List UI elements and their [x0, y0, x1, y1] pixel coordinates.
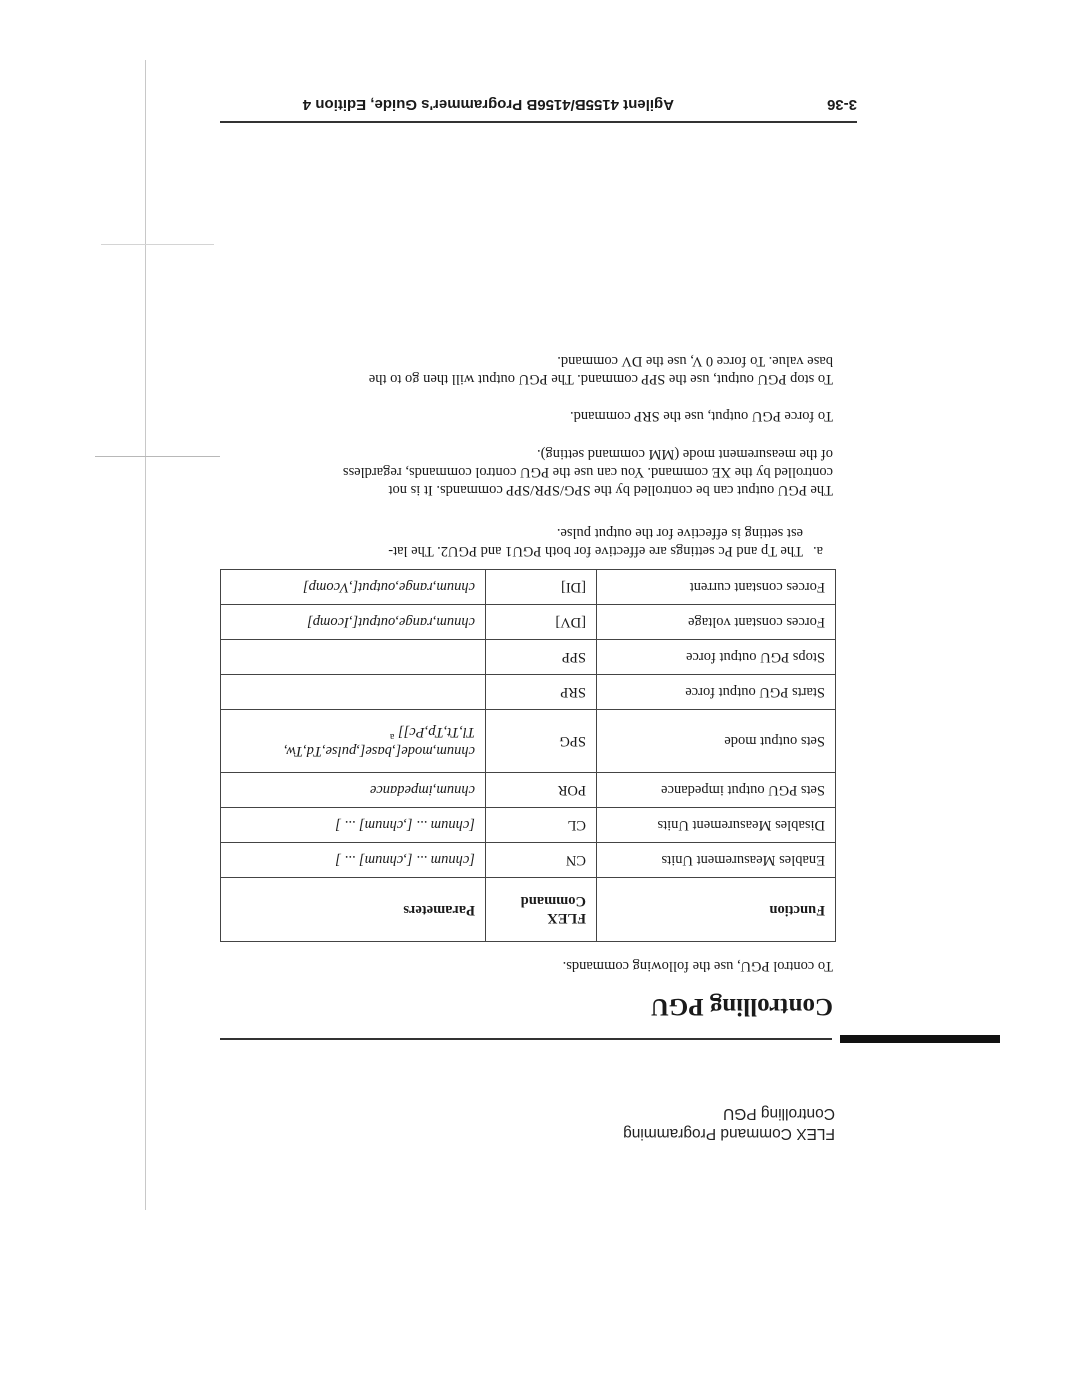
cell-function: Stops PGU output force — [597, 640, 836, 675]
table-row: Forces constant voltage [DV] chnum,range… — [221, 605, 836, 640]
scan-margin-line — [145, 60, 146, 1210]
table-header-row: Function FLEX Command Parameters — [221, 878, 836, 942]
table-row: Sets PGU output impedance POR chnum,impe… — [221, 773, 836, 808]
table-row: Starts PGU output force SRP — [221, 675, 836, 710]
cell-parameters: chnum,impedance — [221, 773, 486, 808]
paragraph-stop-output: To stop PGU output, use the SPP command.… — [213, 352, 833, 388]
running-head: FLEX Command Programming Controlling PGU — [623, 1103, 835, 1143]
cell-parameters: [chnum ... [,chnum] ... ] — [221, 843, 486, 878]
cell-command: [DI] — [486, 570, 597, 605]
section-bar — [840, 1035, 1000, 1043]
cell-parameters: chnum,range,output[,Icomp] — [221, 605, 486, 640]
scan-margin-tick — [95, 456, 220, 457]
section-intro: To control PGU, use the following comman… — [563, 957, 833, 975]
header-function: Function — [597, 878, 836, 942]
cell-parameters — [221, 675, 486, 710]
cell-function: Enables Measurement Units — [597, 843, 836, 878]
cell-command: SPP — [486, 640, 597, 675]
running-head-section: Controlling PGU — [623, 1103, 835, 1123]
cell-command: SRP — [486, 675, 597, 710]
cell-function: Forces constant voltage — [597, 605, 836, 640]
paragraph-force-output: To force PGU output, use the SRP command… — [213, 407, 833, 425]
cell-function: Forces constant current — [597, 570, 836, 605]
header-flex-command: FLEX Command — [486, 878, 597, 942]
cell-command: [DV] — [486, 605, 597, 640]
footnote-marker: a. — [803, 542, 823, 560]
scan-margin-tick — [101, 244, 214, 245]
table-row: Stops PGU output force SPP — [221, 640, 836, 675]
cell-command: CN — [486, 843, 597, 878]
cell-command: SPG — [486, 710, 597, 773]
cell-function: Sets PGU output impedance — [597, 773, 836, 808]
section-rule — [220, 1038, 832, 1040]
cell-parameters: chnum,range,output[,Vcomp] — [221, 570, 486, 605]
cell-parameters: [chnum ... [,chnum] ... ] — [221, 808, 486, 843]
running-head-chapter: FLEX Command Programming — [623, 1123, 835, 1143]
cell-command: POR — [486, 773, 597, 808]
table-row: Sets output mode SPG chnum,mode[,base[,p… — [221, 710, 836, 773]
table-row: Forces constant current [DI] chnum,range… — [221, 570, 836, 605]
table-row: Enables Measurement Units CN [chnum ... … — [221, 843, 836, 878]
command-table: Function FLEX Command Parameters Enables… — [220, 569, 836, 942]
cell-command: CL — [486, 808, 597, 843]
cell-function: Disables Measurement Units — [597, 808, 836, 843]
cell-parameters: chnum,mode[,base[,pulse,Td,Tw, Tl,Tt,Tp,… — [221, 710, 486, 773]
paragraph-pgu-control: The PGU output can be controlled by the … — [213, 445, 833, 499]
cell-parameters — [221, 640, 486, 675]
document-page: FLEX Command Programming Controlling PGU… — [0, 0, 1080, 1399]
footnote-ref: a — [390, 731, 394, 742]
table-row: Disables Measurement Units CL [chnum ...… — [221, 808, 836, 843]
table-footnote: a.The Tp and Pc settings are effective f… — [223, 524, 823, 560]
section-title: Controlling PGU — [651, 991, 833, 1021]
cell-function: Starts PGU output force — [597, 675, 836, 710]
footer-rule — [220, 121, 857, 123]
cell-function: Sets output mode — [597, 710, 836, 773]
page-number: 3-36 — [827, 96, 857, 113]
header-parameters: Parameters — [221, 878, 486, 942]
book-title: Agilent 4155B/4156B Programmer's Guide, … — [303, 96, 674, 113]
